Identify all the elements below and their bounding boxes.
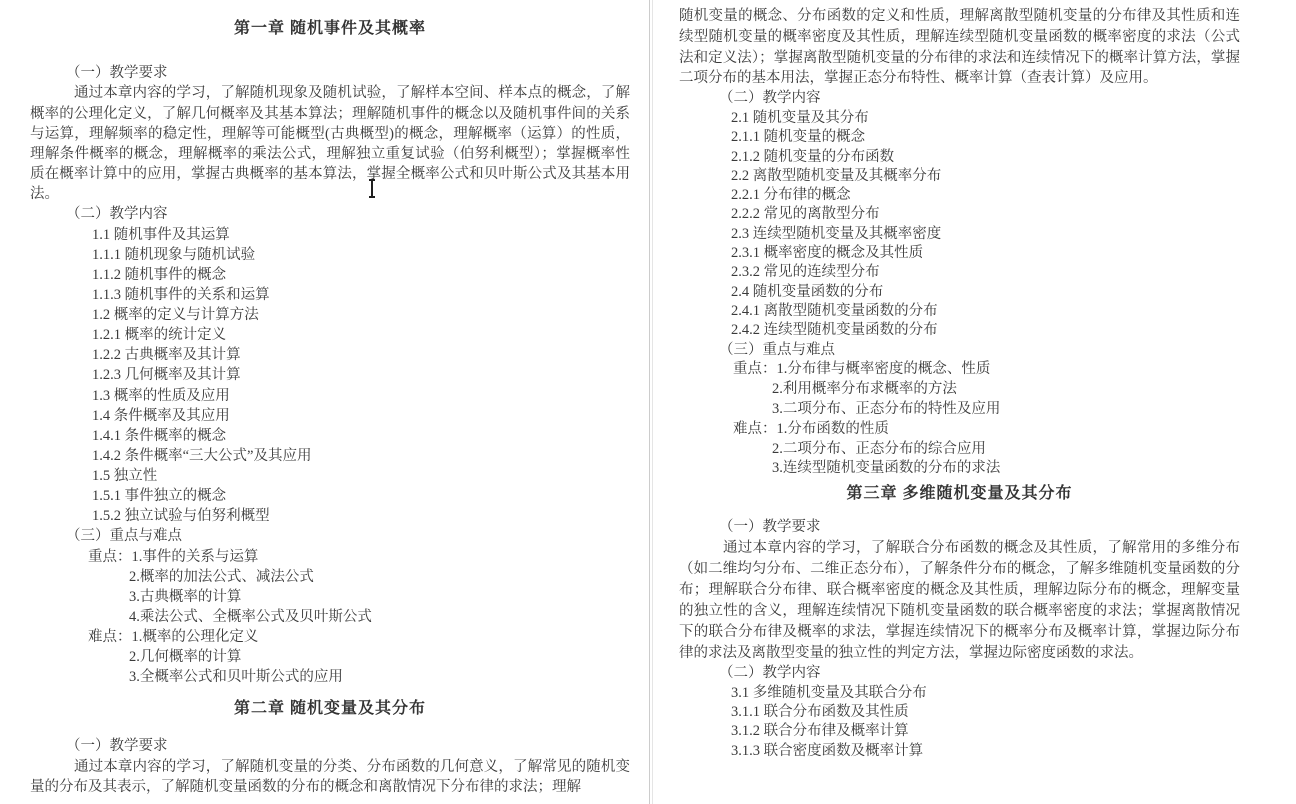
toc-item: 2.2.1 分布律的概念: [679, 186, 1240, 205]
toc-item: 2.3 连续型随机变量及其概率密度: [679, 225, 1240, 244]
toc-item: 1.4.1 条件概率的概念: [30, 426, 630, 446]
chapter-2-requirements-paragraph: 通过本章内容的学习，了解随机变量的分类、分布函数的几何意义，了解常见的随机变量的…: [30, 757, 630, 797]
toc-item: 1.2.2 古典概率及其计算: [30, 345, 630, 365]
difficulties-line: 3.全概率公式和贝叶斯公式的应用: [30, 667, 630, 687]
key-points-line: 4.乘法公式、全概率公式及贝叶斯公式: [30, 607, 630, 627]
toc-item: 2.3.1 概率密度的概念及其性质: [679, 244, 1240, 263]
key-points-line: 2.概率的加法公式、减法公式: [30, 567, 630, 587]
toc-item: 1.2.3 几何概率及其计算: [30, 365, 630, 385]
chapter-2-requirements-continuation: 随机变量的概念、分布函数的定义和性质，理解离散型随机变量的分布律及其性质和连续型…: [679, 6, 1240, 89]
toc-item: 1.5.2 独立试验与伯努利概型: [30, 506, 630, 526]
toc-item: 1.2.1 概率的统计定义: [30, 325, 630, 345]
toc-item: 1.5 独立性: [30, 466, 630, 486]
toc-item: 2.2.2 常见的离散型分布: [679, 205, 1240, 224]
toc-item: 1.1 随机事件及其运算: [30, 225, 630, 245]
toc-item: 3.1.3 联合密度函数及概率计算: [679, 742, 1240, 761]
toc-item: 1.4 条件概率及其应用: [30, 406, 630, 426]
toc-item: 2.1.2 随机变量的分布函数: [679, 148, 1240, 167]
section-header-key-points: （三）重点与难点: [30, 526, 630, 546]
page-left[interactable]: 第一章 随机事件及其概率 （一）教学要求 通过本章内容的学习，了解随机现象及随机…: [0, 0, 650, 804]
section-header-teaching-requirements: （一）教学要求: [30, 63, 630, 83]
chapter-1-requirements-paragraph: 通过本章内容的学习，了解随机现象及随机试验，了解样本空间、样本点的概念，了解概率…: [30, 83, 630, 204]
key-points-line: 3.古典概率的计算: [30, 587, 630, 607]
chapter-3-title: 第三章 多维随机变量及其分布: [679, 485, 1240, 502]
difficulties-line: 2.几何概率的计算: [30, 647, 630, 667]
toc-item: 2.1 随机变量及其分布: [679, 109, 1240, 128]
toc-item: 1.1.1 随机现象与随机试验: [30, 245, 630, 265]
toc-item: 1.1.2 随机事件的概念: [30, 265, 630, 285]
difficulties-line: 难点：1.分布函数的性质: [679, 420, 1240, 440]
key-points-line: 重点：1.事件的关系与运算: [30, 547, 630, 567]
toc-item: 2.3.2 常见的连续型分布: [679, 263, 1240, 282]
toc-item: 1.3 概率的性质及应用: [30, 386, 630, 406]
toc-item: 3.1 多维随机变量及其联合分布: [679, 684, 1240, 703]
toc-item: 2.4 随机变量函数的分布: [679, 283, 1240, 302]
toc-item: 1.1.3 随机事件的关系和运算: [30, 285, 630, 305]
chapter-2-title: 第二章 随机变量及其分布: [30, 700, 630, 717]
document-viewport: 第一章 随机事件及其概率 （一）教学要求 通过本章内容的学习，了解随机现象及随机…: [0, 0, 1296, 804]
page-right[interactable]: 随机变量的概念、分布函数的定义和性质，理解离散型随机变量的分布律及其性质和连续型…: [652, 0, 1296, 804]
toc-item: 3.1.2 联合分布律及概率计算: [679, 722, 1240, 741]
toc-item: 1.5.1 事件独立的概念: [30, 486, 630, 506]
toc-item: 2.1.1 随机变量的概念: [679, 128, 1240, 147]
toc-item: 1.4.2 条件概率“三大公式”及其应用: [30, 446, 630, 466]
section-header-teaching-content: （二）教学内容: [30, 204, 630, 224]
section-header-teaching-requirements: （一）教学要求: [30, 736, 630, 756]
section-header-teaching-content: （二）教学内容: [679, 89, 1240, 109]
toc-item: 2.2 离散型随机变量及其概率分布: [679, 167, 1240, 186]
key-points-line: 3.二项分布、正态分布的特性及应用: [679, 400, 1240, 420]
toc-item: 2.4.1 离散型随机变量函数的分布: [679, 302, 1240, 321]
section-header-teaching-content: （二）教学内容: [679, 664, 1240, 684]
chapter-3-requirements-paragraph: 通过本章内容的学习，了解联合分布函数的概念及其性质，了解常用的多维分布（如二维均…: [679, 538, 1240, 664]
difficulties-line: 难点：1.概率的公理化定义: [30, 627, 630, 647]
chapter-1-title: 第一章 随机事件及其概率: [30, 20, 630, 37]
difficulties-line: 3.连续型随机变量函数的分布的求法: [679, 459, 1240, 479]
toc-item: 3.1.1 联合分布函数及其性质: [679, 703, 1240, 722]
key-points-line: 重点：1.分布律与概率密度的概念、性质: [679, 360, 1240, 380]
section-header-key-points: （三）重点与难点: [679, 341, 1240, 361]
difficulties-line: 2.二项分布、正态分布的综合应用: [679, 440, 1240, 460]
key-points-line: 2.利用概率分布求概率的方法: [679, 380, 1240, 400]
toc-item: 2.4.2 连续型随机变量函数的分布: [679, 321, 1240, 340]
toc-item: 1.2 概率的定义与计算方法: [30, 305, 630, 325]
section-header-teaching-requirements: （一）教学要求: [679, 518, 1240, 538]
